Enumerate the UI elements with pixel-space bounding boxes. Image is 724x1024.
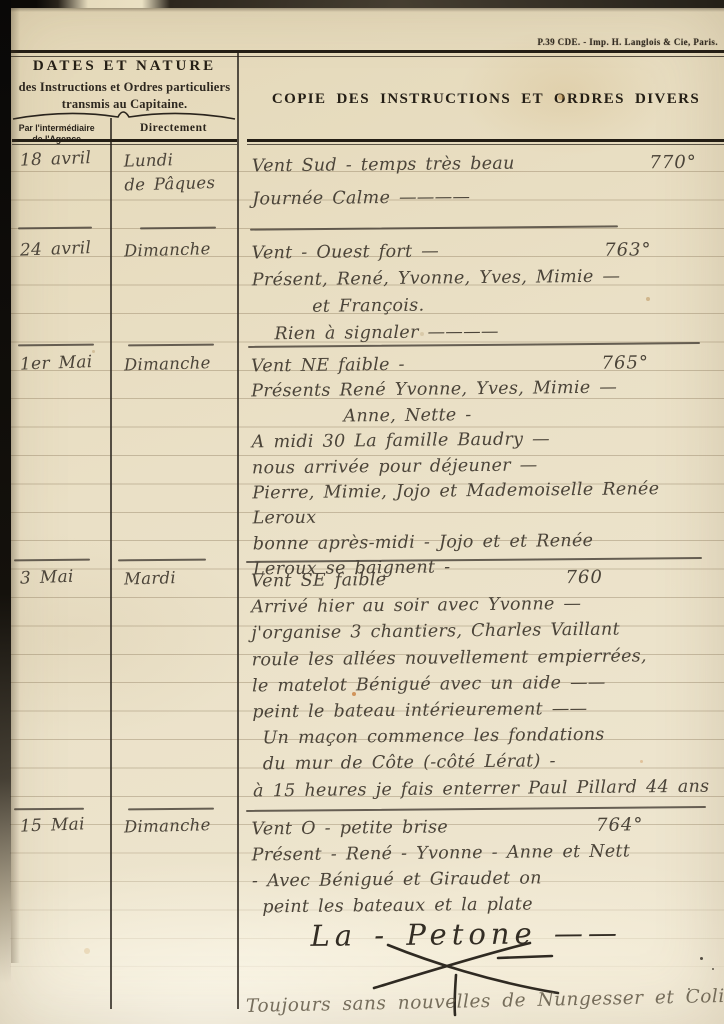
entry-line: Pierre, Mimie, Jojo et Mademoiselle René… [252, 477, 717, 533]
entry-text: Vent Sud - temps très beau770°Journée Ca… [252, 146, 717, 217]
left-header-title: DATES ET NATURE [12, 58, 237, 75]
main-column-divider-line [237, 53, 239, 1009]
weather-line: Vent - Ouest fort —763° [251, 236, 651, 267]
right-header-title: COPIE DES INSTRUCTIONS ET ORDRES DIVERS [250, 91, 722, 108]
barometric-pressure: 764° [596, 812, 644, 838]
right-header-underline-thick [247, 139, 724, 142]
barometric-pressure: 765° [601, 350, 649, 376]
weather-text: Vent O - petite brise [251, 814, 448, 842]
left-header-underline-thin [12, 144, 237, 145]
paper-speck [712, 968, 714, 970]
entry-day-line: de Pâques [124, 170, 237, 197]
left-header-subtitle-1: des Instructions et Ordres particuliers [12, 80, 237, 95]
entry-day-line: Dimanche [124, 350, 237, 377]
entry-day-of-week: Dimanche [124, 812, 237, 839]
entry-date: 15 Mai [20, 812, 111, 838]
paper-speck [700, 957, 703, 960]
entry-line: roule les allées nouvellement empierrées… [252, 642, 716, 673]
entry-date: 1er Mai [20, 350, 111, 376]
entry-date: 18 avril [20, 146, 111, 172]
entry-text: Vent SE faible760Arrivé hier au soir ave… [251, 564, 717, 805]
entry-line: à 15 heures je fais enterrer Paul Pillar… [253, 773, 717, 804]
entry-date: 3 Mai [20, 564, 111, 590]
weather-text: Vent SE faible [251, 567, 387, 595]
weather-line: Vent Sud - temps très beau770° [252, 146, 697, 184]
book-spine-edge [0, 0, 11, 1024]
paper-speck [646, 297, 650, 301]
header-brace-ornament [10, 106, 238, 122]
entry-day-line: Dimanche [124, 236, 237, 263]
entry-line: Journée Calme ———— [252, 179, 716, 217]
printer-imprint: P.39 CDE. - Imp. H. Langlois & Cie, Pari… [538, 37, 718, 47]
entry-day-of-week: Lundide Pâques [123, 146, 236, 197]
entry-text: Vent O - petite brise764°Présent - René … [251, 812, 716, 950]
left-header-underline-thick [12, 139, 237, 142]
entry-text: Vent NE faible -765°Présents René Yvonne… [251, 350, 717, 584]
barometric-pressure: 763° [604, 236, 652, 263]
column-header-agence: Par l'intermédiaire de l'Agence [13, 123, 100, 145]
weather-text: Vent Sud - temps très beau [252, 148, 515, 184]
column-header-directement: Directement [112, 122, 235, 134]
right-header-underline-thin [247, 144, 724, 145]
subcolumn-divider-line [110, 118, 112, 1009]
paper-speck [352, 692, 356, 696]
paper-speck [84, 948, 90, 954]
weather-line: Vent O - petite brise764° [251, 812, 643, 842]
entry-line: et François. [312, 290, 716, 321]
weather-text: Vent - Ouest fort — [251, 238, 439, 267]
entry-day-line: Lundi [123, 146, 236, 173]
entry-day-line: Mardi [124, 564, 237, 591]
entry-day-of-week: Mardi [124, 564, 237, 591]
logbook-page: P.39 CDE. - Imp. H. Langlois & Cie, Pari… [0, 0, 724, 1024]
paper-speck [92, 350, 95, 353]
paper-speck [640, 760, 643, 763]
entry-day-line: Dimanche [124, 812, 237, 839]
paper-speck [60, 128, 63, 131]
paper-speck [420, 332, 424, 336]
barometric-pressure: 770° [649, 146, 697, 179]
torn-top-edge [0, 0, 724, 8]
weather-line: Vent SE faible760 [251, 565, 603, 595]
top-edge-shadow [0, 8, 724, 12]
weather-text: Vent NE faible - [251, 353, 405, 380]
entry-date: 24 avril [20, 236, 111, 262]
entry-line: peint les bateaux et la plate [262, 890, 716, 921]
barometric-pressure: 760 [565, 565, 603, 592]
paper-speck [558, 94, 564, 100]
spine-shadow [11, 0, 20, 963]
entry-text: Vent - Ouest fort —763°Présent, René, Yv… [251, 236, 716, 349]
top-rule-thin [0, 56, 724, 57]
top-rule-thick [0, 50, 724, 53]
entry-day-of-week: Dimanche [124, 236, 237, 263]
entry-line: Anne, Nette - [343, 400, 715, 429]
entry-day-of-week: Dimanche [124, 350, 237, 377]
